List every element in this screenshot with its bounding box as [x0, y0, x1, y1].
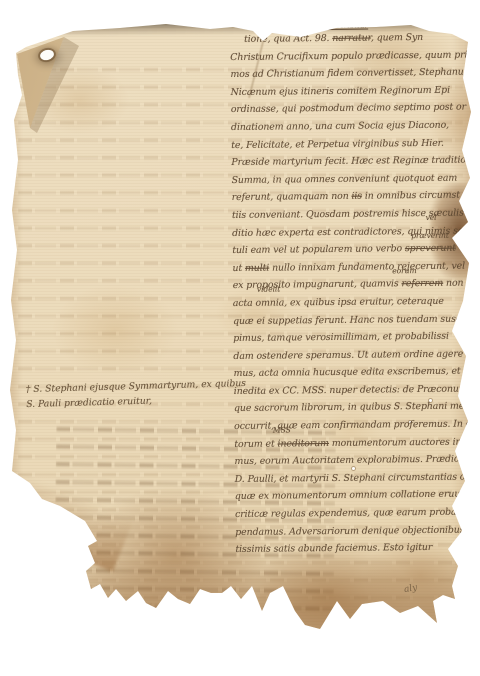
browned-left-edge [6, 40, 22, 480]
interlinear-insertion: describitur [327, 21, 368, 29]
margin-note: † S. Stephani ejusque Symmartyrum, ex qu… [26, 376, 245, 412]
manuscript-line: tissimis satis abunde faciemus. Esto igi… [235, 539, 477, 559]
struck-word: iis [351, 191, 362, 202]
interlinear-insertion: MSS [273, 427, 291, 435]
struck-word: spreverunt [405, 243, 456, 255]
main-text-block: describiturtione, qua Act. 98. narratur,… [230, 28, 478, 558]
interlinear-insertion: videlit [257, 286, 280, 294]
interlinear-insertion: eorum [392, 267, 416, 275]
interlinear-insertion: præverint [411, 231, 449, 239]
manuscript-page: † S. Stephani ejusque Symmartyrum, ex qu… [0, 0, 480, 676]
scanned-page-photo: † S. Stephani ejusque Symmartyrum, ex qu… [0, 0, 480, 676]
struck-word: multi [245, 262, 269, 273]
interlinear-insertion: vel [426, 214, 437, 222]
struck-word: ineditorum [277, 438, 329, 450]
struck-word: referrem [401, 278, 443, 289]
struck-word: narratur [332, 33, 371, 44]
